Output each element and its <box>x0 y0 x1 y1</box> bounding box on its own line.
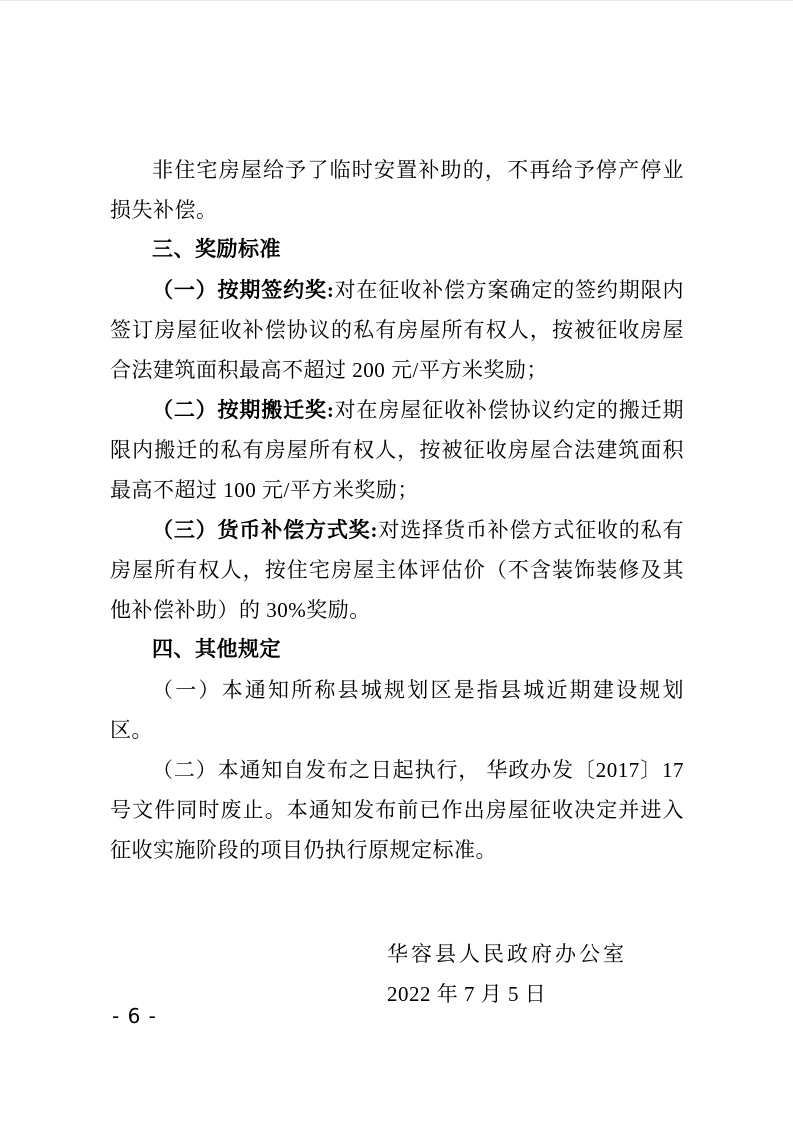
award-moving-lead: （二）按期搬迁奖: <box>152 398 334 422</box>
page-number: - 6 - <box>112 1004 157 1028</box>
section-heading-rewards: 三、奖励标准 <box>110 230 684 270</box>
signature-block: 华容县人民政府办公室 2022 年 7 月 5 日 <box>387 934 627 1014</box>
award-monetary-lead: （三）货币补偿方式奖: <box>152 518 378 542</box>
paragraph-award-signing: （一）按期签约奖:对在征收补偿方案确定的签约期限内签订房屋征收补偿协议的私有房屋… <box>110 270 684 390</box>
signature-date: 2022 年 7 月 5 日 <box>387 974 627 1014</box>
paragraph-other-rule-2: （二）本通知自发布之日起执行， 华政办发〔2017〕17 号文件同时废止。本通知… <box>110 750 684 870</box>
award-signing-lead: （一）按期签约奖: <box>152 278 334 302</box>
document-page: { "doc": { "intro": "非住宅房屋给予了临时安置补助的，不再给… <box>0 0 793 1122</box>
paragraph-other-rule-1: （一）本通知所称县城规划区是指县城近期建设规划区。 <box>110 670 684 750</box>
section-heading-other-rules: 四、其他规定 <box>110 630 684 670</box>
paragraph-award-moving: （二）按期搬迁奖:对在房屋征收补偿协议约定的搬迁期限内搬迁的私有房屋所有权人，按… <box>110 390 684 510</box>
page-top-edge-line <box>0 0 793 1</box>
document-body: 非住宅房屋给予了临时安置补助的，不再给予停产停业损失补偿。 三、奖励标准 （一）… <box>110 150 684 1014</box>
paragraph-intro: 非住宅房屋给予了临时安置补助的，不再给予停产停业损失补偿。 <box>110 150 684 230</box>
signature-issuer: 华容县人民政府办公室 <box>387 934 627 974</box>
paragraph-award-monetary: （三）货币补偿方式奖:对选择货币补偿方式征收的私有房屋所有权人，按住宅房屋主体评… <box>110 510 684 630</box>
